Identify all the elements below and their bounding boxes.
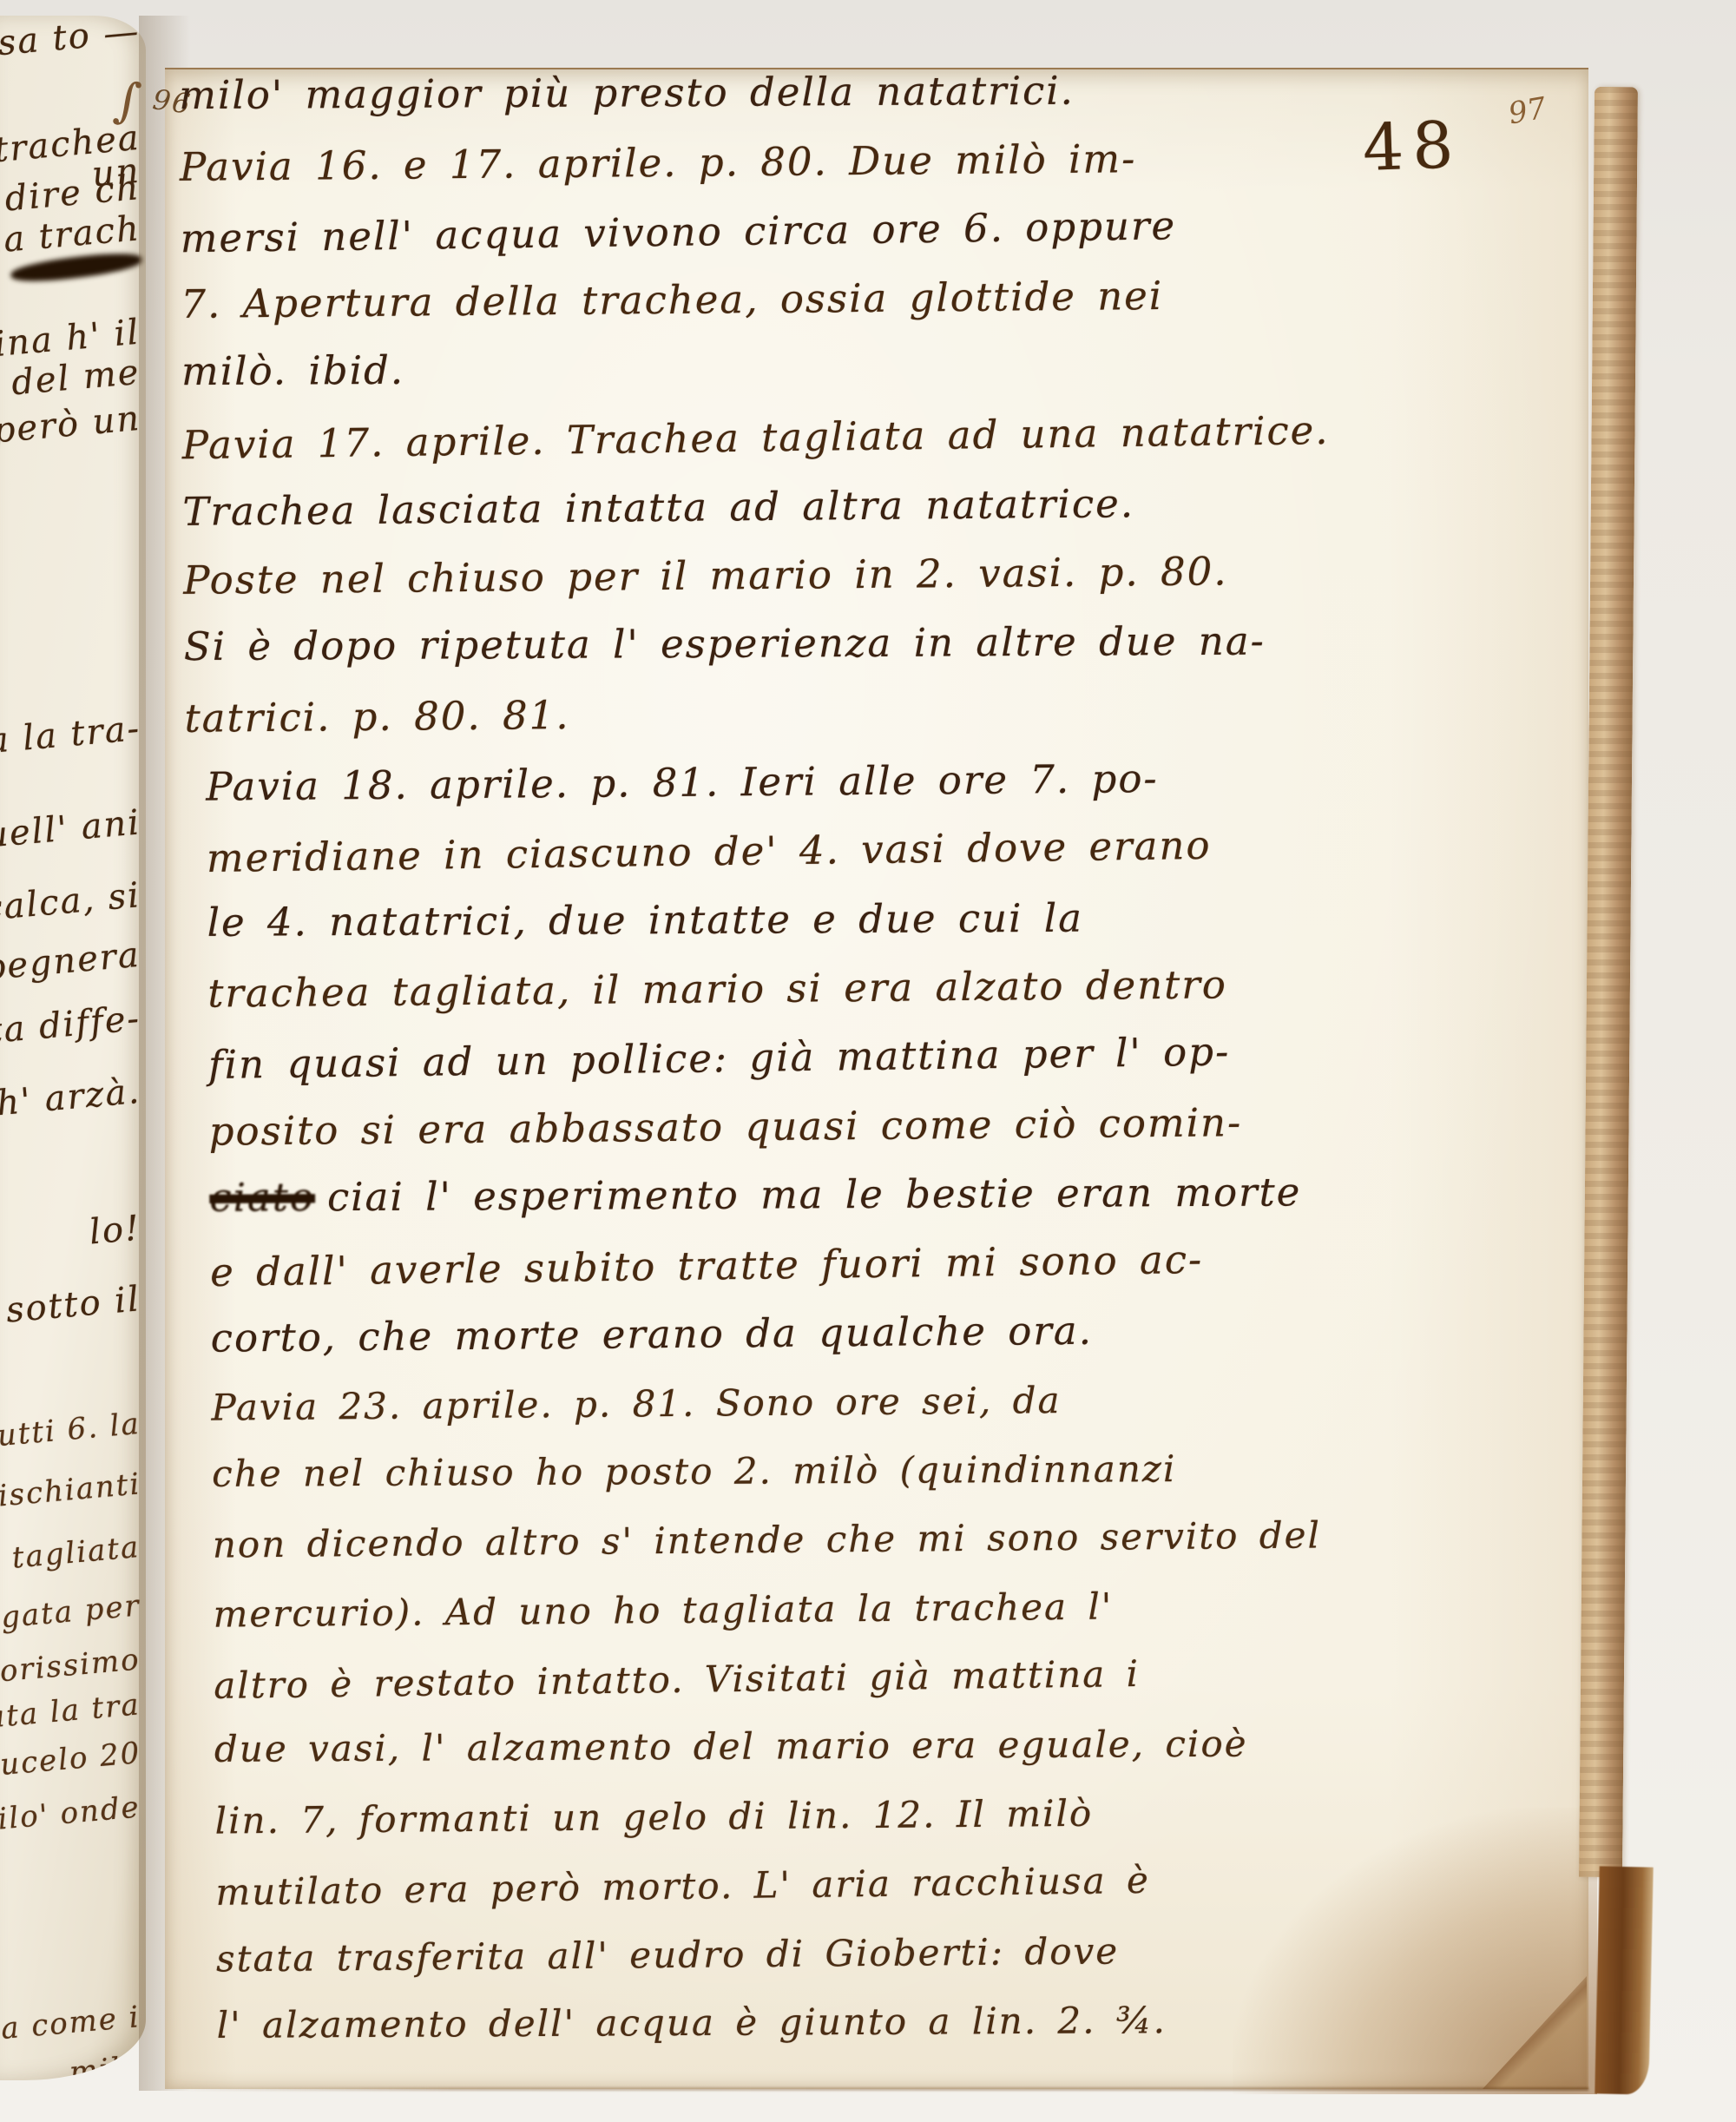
page-fragment-line: a come i: [0, 2000, 141, 2046]
page-fragment-line: duta diffe-: [0, 998, 142, 1056]
page-fragment-line: pì spegnera: [0, 935, 142, 995]
handwritten-text-block: milo' maggior più presto della natatrici…: [179, 51, 1550, 2062]
page-fragment-line: a però un: [0, 399, 142, 454]
manuscript-line-text: Si è dopo ripetuta l' esperienza in altr…: [184, 618, 1266, 670]
manuscript-line-text: stata trasferita all' eudro di Gioberti:…: [216, 1929, 1119, 1980]
manuscript-photo: iusa to —tracheaunenvi in dire chla la t…: [0, 0, 1736, 2122]
manuscript-line-text: posito si era abbassato quasi come ciò c…: [208, 1099, 1242, 1154]
manuscript-line-text: e dall' averle subito tratte fuori mi so…: [210, 1236, 1204, 1295]
manuscript-line-text: lin. 7, formanti un gelo di lin. 12. Il …: [214, 1792, 1093, 1842]
manuscript-line: meridiane in ciascuno de' 4. vasi dove e…: [206, 807, 1540, 893]
manuscript-line-text: tatrici. p. 80. 81.: [184, 692, 569, 741]
page-fragment-line: ucelo 20: [0, 1736, 141, 1783]
manuscript-line-text: altro è restato intatto. Visitati già ma…: [214, 1652, 1140, 1707]
page-bottom-edge: [165, 2087, 1588, 2091]
manuscript-line-text: meridiane in ciascuno de' 4. vasi dove e…: [207, 822, 1212, 881]
manuscript-line-text: mutilato era però morto. L' aria racchiu…: [215, 1859, 1150, 1914]
page-fragment-line: rsorissimo: [0, 1642, 141, 1691]
manuscript-line: tatrici. p. 80. 81.: [184, 672, 1539, 753]
manuscript-line: stata trasferita all' eudro di Gioberti:…: [216, 1913, 1550, 1993]
page-fragment-line: Tutti 6. la: [0, 1407, 141, 1455]
page-fragment-line: fischianti: [0, 1466, 141, 1514]
manuscript-line: due vasi, l' alzamento del mario era egu…: [214, 1708, 1548, 1783]
manuscript-line-text: milò. ibid.: [181, 347, 404, 394]
manuscript-line: non dicendo altro s' intende che mi sono…: [213, 1499, 1547, 1579]
manuscript-line: Si è dopo ripetuta l' esperienza in altr…: [184, 605, 1538, 682]
manuscript-line-text: le 4. natatrici, due intatte e due cui l…: [207, 895, 1083, 946]
manuscript-line-text: fin quasi ad un pollice: già mattina per…: [208, 1029, 1231, 1088]
manuscript-line: che nel chiuso ho posto 2. milò (quindin…: [212, 1433, 1545, 1508]
manuscript-line: le 4. natatrici, due intatte e due cui l…: [207, 881, 1540, 957]
manuscript-line-text: ciai l' esperimento ma le bestie eran mo…: [327, 1170, 1302, 1221]
manuscript-line: l' alzamento dell' acqua è giunto a lin.…: [217, 1984, 1550, 2059]
manuscript-line-text: Trachea lasciata intatta ad altra natatr…: [182, 480, 1134, 535]
previous-page-edge: iusa to —tracheaunenvi in dire chla la t…: [0, 16, 146, 2080]
page-fragment-line: lo legata per: [0, 1588, 141, 1641]
manuscript-line-text: che nel chiuso ho posto 2. milò (quindin…: [212, 1447, 1177, 1495]
book-fore-edge-corner: [1595, 1866, 1653, 2094]
page-fragment-line: milò: [68, 2049, 142, 2080]
page-fragment-line: iusa to —: [0, 16, 142, 67]
manuscript-line-text: mersi nell' acqua vivono circa ore 6. op…: [180, 202, 1176, 261]
manuscript-line-text: 7. Apertura della trachea, ossia glottid…: [181, 273, 1163, 327]
struck-word: ciato: [209, 1175, 315, 1222]
manuscript-line-text: Poste nel chiuso per il mario in 2. vasi…: [183, 548, 1228, 603]
manuscript-line-text: mercurio). Ad uno ho tagliata la trachea…: [213, 1585, 1113, 1635]
manuscript-line-text: Pavia 17. aprile. Trachea tagliata ad un…: [181, 407, 1329, 468]
manuscript-line: altro è restato intatto. Visitati già ma…: [214, 1634, 1548, 1720]
page-fragment-line: milo' onde: [0, 1789, 141, 1839]
page-fragment-line: gata la tra: [0, 1687, 141, 1736]
manuscript-line: milo' maggior più presto della natatrici…: [179, 54, 1533, 130]
manuscript-page: ∫ 96 48 97 milo' maggior più presto dell…: [165, 69, 1588, 2089]
manuscript-line-text: trachea tagliata, il mario si era alzato…: [207, 962, 1227, 1017]
manuscript-line-text: non dicendo altro s' intende che mi sono…: [213, 1514, 1322, 1566]
manuscript-line: posito si era abbassato quasi come ciò c…: [208, 1085, 1542, 1166]
manuscript-line: ciatociai l' esperimento ma le bestie er…: [209, 1157, 1542, 1232]
manuscript-line-text: Pavia 23. aprile. p. 81. Sono ore sei, d…: [211, 1379, 1061, 1429]
manuscript-line-text: milo' maggior più presto della natatrici…: [179, 68, 1075, 118]
page-fragment-line: calca, si: [0, 875, 142, 929]
page-fragment-line: a quell' ani: [0, 802, 142, 860]
manuscript-line-text: Pavia 18. aprile. p. 81. Ieri alle ore 7…: [206, 755, 1159, 810]
manuscript-line: Pavia 23. aprile. p. 81. Sono ore sei, d…: [211, 1361, 1545, 1442]
page-fragment-line: lo!: [88, 1209, 142, 1253]
page-fragment-line: r dì sotto il: [0, 1279, 142, 1337]
page-fragment-line: i ho tagliata: [0, 1530, 141, 1582]
manuscript-line: milò. ibid.: [181, 330, 1535, 406]
manuscript-line-text: l' alzamento dell' acqua è giunto a lin.…: [217, 1999, 1167, 2046]
manuscript-line-text: Pavia 16. e 17. aprile. p. 80. Due milò …: [180, 135, 1137, 190]
page-fragment-line: h' arzà.: [0, 1071, 142, 1124]
manuscript-line-text: corto, che morte erano da qualche ora.: [211, 1308, 1094, 1361]
manuscript-line-text: due vasi, l' alzamento del mario era egu…: [214, 1723, 1248, 1770]
manuscript-line: Poste nel chiuso per il mario in 2. vasi…: [183, 534, 1538, 615]
page-fragment-line: scita la tra-: [0, 708, 142, 768]
